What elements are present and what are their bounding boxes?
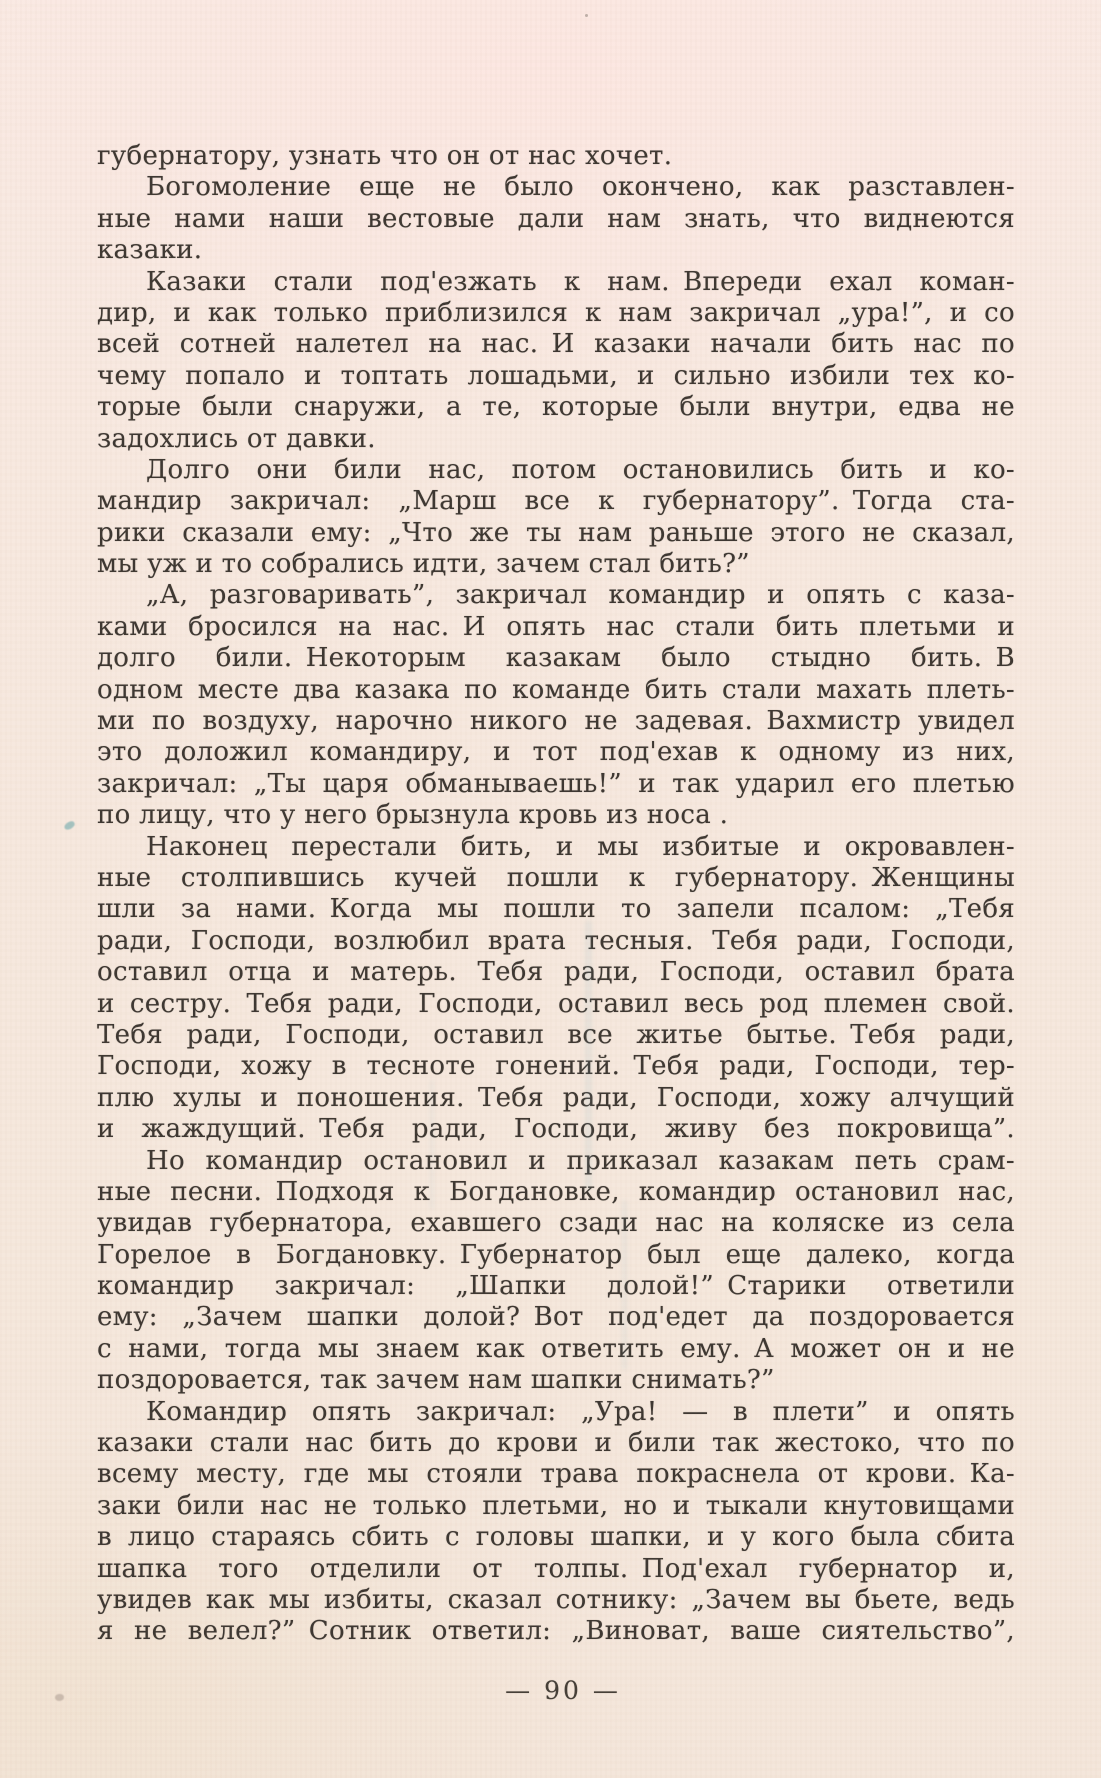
text-line: губернатору, узнать что он от нас хочет. (97, 141, 1015, 172)
text-line: „А, разговаривать”, закричал командир и … (97, 580, 1015, 611)
text-line: всей сотней налетел на нас. И казаки нач… (97, 329, 1015, 360)
text-line: казаки. (97, 235, 1015, 266)
text-line: Но командир остановил и приказал казакам… (97, 1146, 1015, 1177)
text-line: заки били нас не только плетьми, но и ты… (97, 1491, 1015, 1522)
text-line: Наконец перестали бить, и мы избитые и о… (97, 832, 1015, 863)
text-line: по лицу, что у него брызнула кровь из но… (97, 800, 1015, 831)
dark-dot (585, 14, 588, 17)
text-line: Казаки стали под'езжать к нам. Впереди е… (97, 267, 1015, 298)
text-line: закричал: „Ты царя обманываешь!” и так у… (97, 769, 1015, 800)
text-line: плю хулы и поношения. Тебя ради, Господи… (97, 1083, 1015, 1114)
page-number: — 90 — (104, 1676, 1022, 1705)
text-line: казаки стали нас бить до крови и били та… (97, 1428, 1015, 1459)
text-line: ради, Господи, возлюбил врата тесныя. Те… (97, 926, 1015, 957)
text-line: дир, и как только приблизился к нам закр… (97, 298, 1015, 329)
text-line: ками бросился на нас. И опять нас стали … (97, 612, 1015, 643)
text-line: в лицо стараясь сбить с головы шапки, и … (97, 1522, 1015, 1553)
text-line: всему месту, где мы стояли трава покрасн… (97, 1459, 1015, 1490)
text-line: Богомоление еще не было окончено, как ра… (97, 172, 1015, 203)
gray-fleck (55, 1694, 64, 1701)
text-line: ные столпившись кучей пошли к губернатор… (97, 863, 1015, 894)
text-line: ми по воздуху, нарочно никого не задевая… (97, 706, 1015, 737)
text-line: увидав губернатора, ехавшего сзади нас н… (97, 1208, 1015, 1239)
text-line: с нами, тогда мы знаем как ответить ему.… (97, 1334, 1015, 1365)
text-line: и жаждущий. Тебя ради, Господи, живу без… (97, 1114, 1015, 1145)
text-line: оставил отца и матерь. Тебя ради, Господ… (97, 957, 1015, 988)
scanned-page: губернатору, узнать что он от нас хочет.… (0, 0, 1101, 1778)
text-line: чему попало и топтать лошадьми, и сильно… (97, 361, 1015, 392)
text-line: торые были снаружи, а те, которые были в… (97, 392, 1015, 423)
text-line: командир закричал: „Шапки долой!” Старик… (97, 1271, 1015, 1302)
text-line: я не велел?” Сотник ответил: „Виноват, в… (97, 1616, 1015, 1647)
text-line: задохлись от давки. (97, 424, 1015, 455)
text-line: и сестру. Тебя ради, Господи, оставил ве… (97, 989, 1015, 1020)
text-line: ные нами наши вестовые дали нам знать, ч… (97, 204, 1015, 235)
text-line: Командир опять закричал: „Ура! — в плети… (97, 1397, 1015, 1428)
text-line: поздоровается, так зачем нам шапки снима… (97, 1365, 1015, 1396)
teal-ink-speck (63, 820, 76, 831)
text-line: это доложил командиру, и тот под'ехав к … (97, 737, 1015, 768)
text-line: увидев как мы избиты, сказал сотнику: „З… (97, 1585, 1015, 1616)
text-line: Долго они били нас, потом остановились б… (97, 455, 1015, 486)
text-line: шли за нами. Когда мы пошли то запели пс… (97, 894, 1015, 925)
text-line: рики сказали ему: „Что же ты нам раньше … (97, 518, 1015, 549)
text-line: мы уж и то собрались идти, зачем стал би… (97, 549, 1015, 580)
text-line: Господи, хожу в тесноте гонений. Тебя ра… (97, 1051, 1015, 1082)
text-block: губернатору, узнать что он от нас хочет.… (97, 141, 1015, 1648)
text-line: Горелое в Богдановку. Губернатор был еще… (97, 1240, 1015, 1271)
text-line: одном месте два казака по команде бить с… (97, 675, 1015, 706)
text-line: ные песни. Подходя к Богдановке, команди… (97, 1177, 1015, 1208)
text-line: ему: „Зачем шапки долой? Вот под'едет да… (97, 1302, 1015, 1333)
text-line: шапка того отделили от толпы. Под'ехал г… (97, 1554, 1015, 1585)
text-line: мандир закричал: „Марш все к губернатору… (97, 486, 1015, 517)
text-line: Тебя ради, Господи, оставил все житье бы… (97, 1020, 1015, 1051)
text-line: долго били. Некоторым казакам было стыдн… (97, 643, 1015, 674)
